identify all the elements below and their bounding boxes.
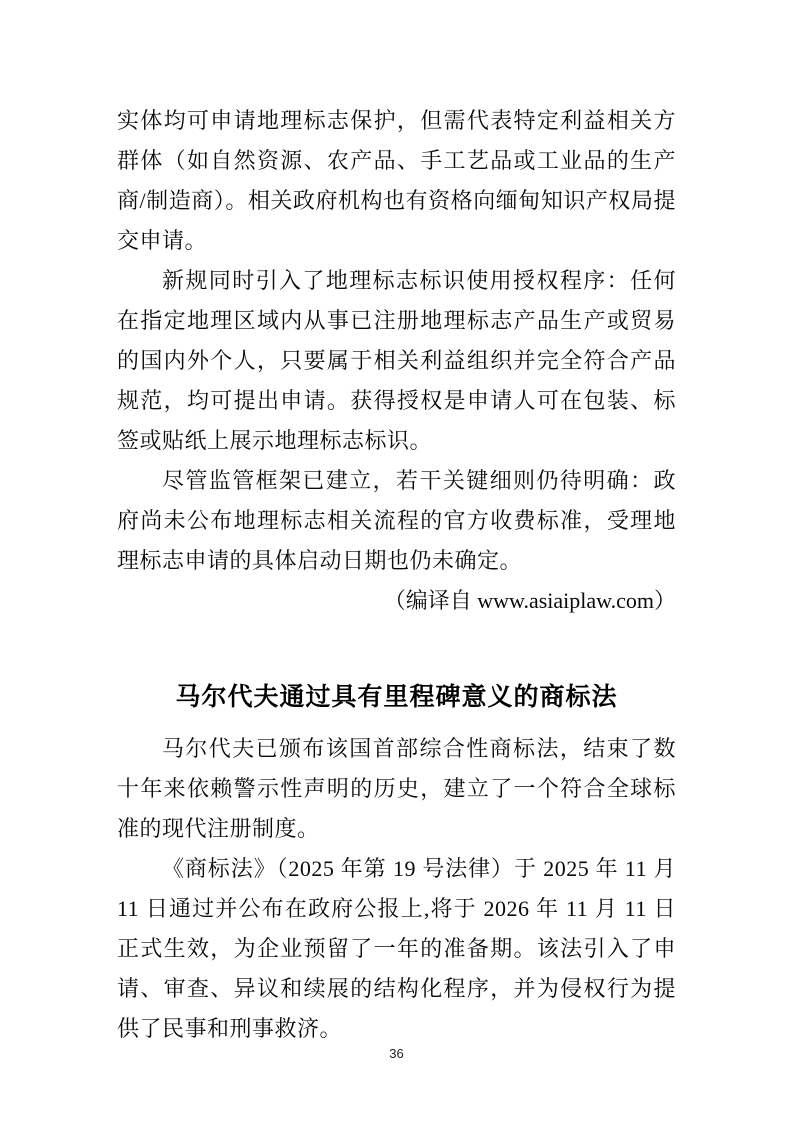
paragraph: 《商标法》（2025 年第 19 号法律）于 2025 年 11 月 11 日通…: [117, 849, 676, 1049]
page-content: 实体均可申请地理标志保护，但需代表特定利益相关方群体（如自然资源、农产品、手工艺…: [117, 101, 676, 1049]
page-number: 36: [0, 1046, 793, 1061]
article-heading: 马尔代夫通过具有里程碑意义的商标法: [117, 675, 676, 719]
paragraph: 马尔代夫已颁布该国首部综合性商标法，结束了数十年来依赖警示性声明的历史，建立了一…: [117, 729, 676, 849]
document-page: 实体均可申请地理标志保护，但需代表特定利益相关方群体（如自然资源、农产品、手工艺…: [0, 0, 793, 1122]
paragraph-continuation: 实体均可申请地理标志保护，但需代表特定利益相关方群体（如自然资源、农产品、手工艺…: [117, 101, 676, 261]
paragraph: 新规同时引入了地理标志标识使用授权程序：任何在指定地理区域内从事已注册地理标志产…: [117, 261, 676, 461]
source-attribution: （编译自 www.asiaiplaw.com）: [117, 581, 676, 621]
paragraph: 尽管监管框架已建立，若干关键细则仍待明确：政府尚未公布地理标志相关流程的官方收费…: [117, 461, 676, 581]
